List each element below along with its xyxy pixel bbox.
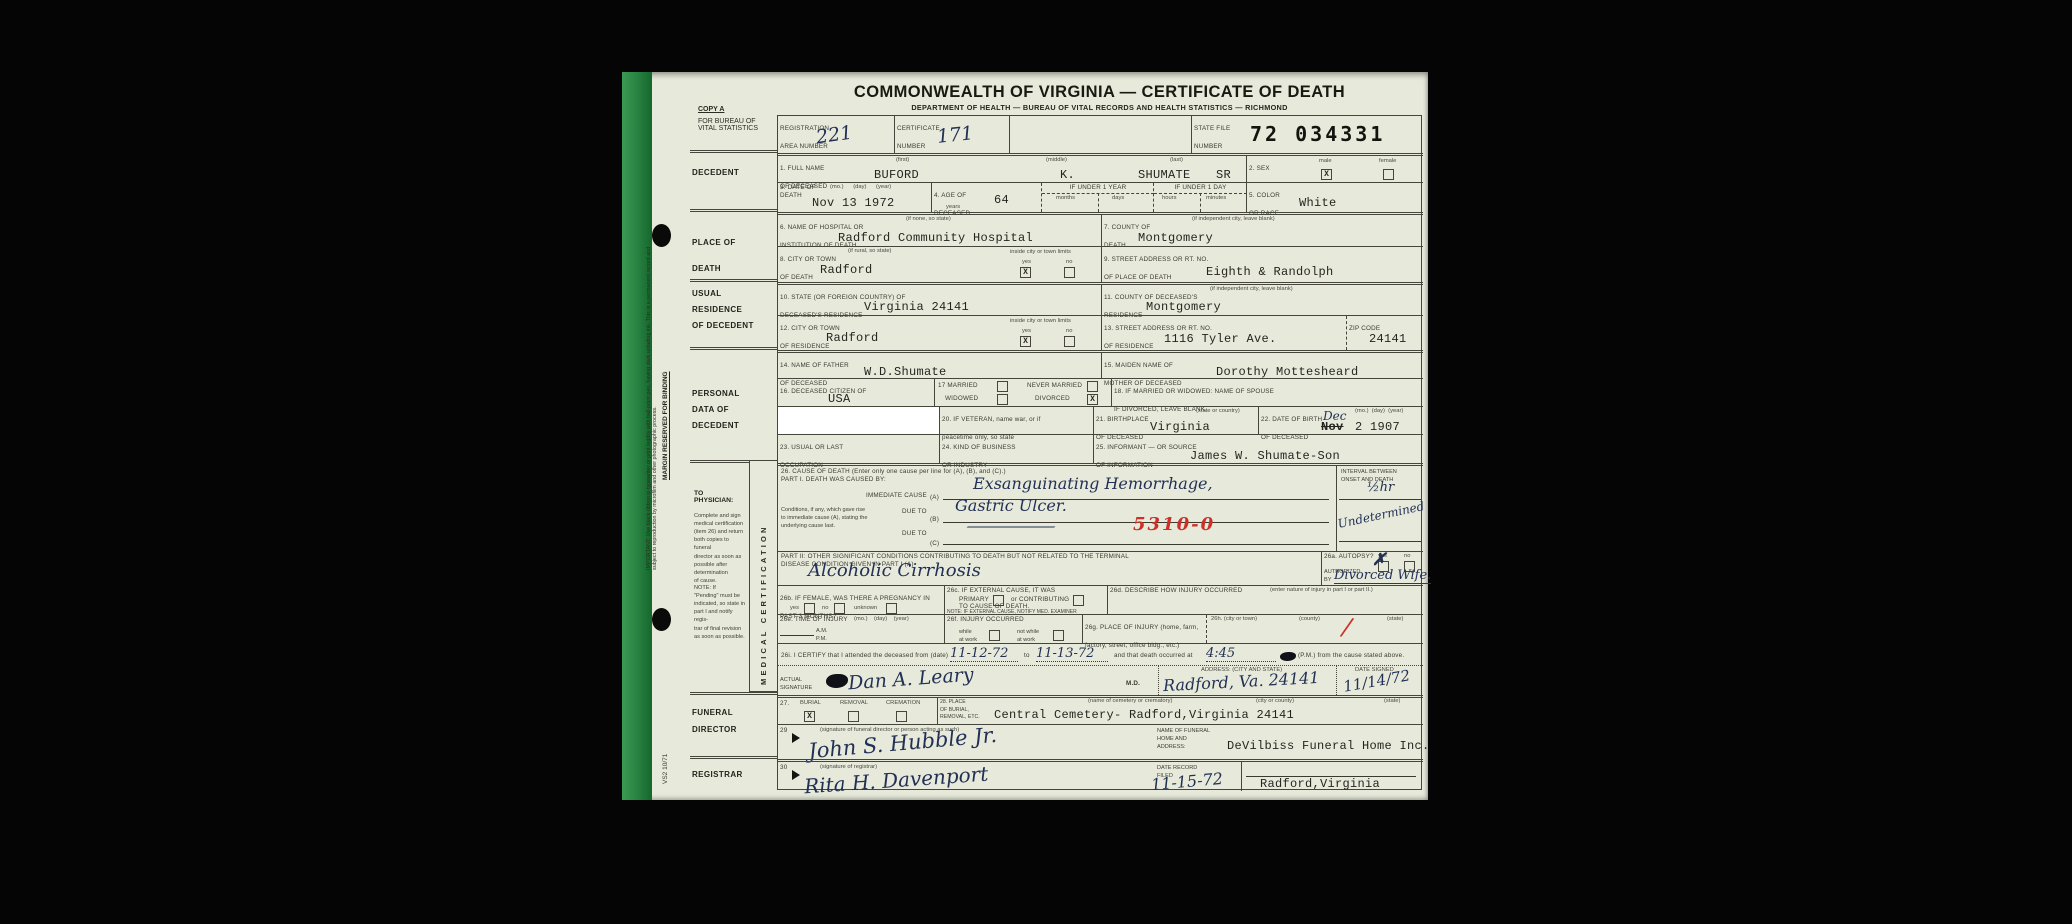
how-injury-occurred-field: 26d. DESCRIBE HOW INJURY OCCURRED (enter… xyxy=(1107,586,1423,614)
autopsy-label: 26a. AUTOPSY? xyxy=(1324,553,1374,561)
birthplace-caption: (state or country) xyxy=(1196,408,1240,414)
removal-caption: REMOVAL xyxy=(840,700,868,706)
date-of-death-label: 3. DATE OF DEATH xyxy=(780,184,816,200)
registration-spacer xyxy=(1009,116,1191,153)
never-married-checkbox xyxy=(1087,381,1098,392)
city-county-caption: (city or county) xyxy=(1256,698,1294,704)
not-while-at-work-caption: not while at work xyxy=(1017,628,1039,644)
form-number: VS2 10/71 xyxy=(662,700,669,784)
if-under-1-year-field: IF UNDER 1 YEAR months days xyxy=(1041,183,1153,212)
cremation-checkbox xyxy=(896,711,907,722)
time-rule xyxy=(780,625,814,636)
county-of-death-value: Montgomery xyxy=(1138,231,1213,245)
line-c-label: (C) xyxy=(930,540,939,548)
funeral-director-signature-field: 29 (signature of funeral director or per… xyxy=(778,725,1099,759)
burial-checkbox: X xyxy=(804,711,815,722)
time-of-injury-label: 26e. TIME OF INJURY xyxy=(780,616,848,624)
male-checkbox: X xyxy=(1321,169,1332,180)
pending-note: NOTE: If "Pending" must be indicated, so… xyxy=(694,584,748,641)
line-c-dash: — xyxy=(963,516,1059,535)
actual-signature-label: ACTUAL SIGNATURE xyxy=(780,676,812,692)
widowed-checkbox xyxy=(997,394,1008,405)
no-caption: no xyxy=(1066,328,1072,334)
widowed-caption: WIDOWED xyxy=(945,395,978,403)
cause-of-death-part1: 26. CAUSE OF DEATH (Enter only one cause… xyxy=(778,466,1336,551)
age-value: 64 xyxy=(994,193,1009,207)
copy-for-label: FOR BUREAU OF VITAL STATISTICS xyxy=(698,118,758,132)
certify-prefix: 26i. I CERTIFY that I attended the decea… xyxy=(781,652,948,660)
date-filed-field: DATE RECORD FILED 11-15-72 xyxy=(1099,762,1241,791)
physician-address-value: Radford, Va. 24141 xyxy=(1163,668,1320,695)
female-checkbox xyxy=(1383,169,1394,180)
dob-captions: (mo.) (day) (year) xyxy=(1355,408,1403,414)
place-of-burial-value: Central Cemetery- Radford,Virginia 24141 xyxy=(994,708,1294,722)
dob-day-year-value: 2 1907 xyxy=(1355,420,1400,434)
physician-note: Complete and sign medical certification … xyxy=(694,512,746,585)
marital-status-field: 17 MARRIED NEVER MARRIED WIDOWED DIVORCE… xyxy=(934,379,1111,406)
while-at-work-checkbox xyxy=(989,630,1000,641)
zip-label: ZIP CODE xyxy=(1349,325,1380,332)
spouse-name-field: 18. IF MARRIED OR WIDOWED: NAME OF SPOUS… xyxy=(1111,379,1423,406)
birthplace-value: Virginia xyxy=(1150,420,1210,434)
funeral-home-value: DeVilbiss Funeral Home Inc. xyxy=(1227,739,1430,753)
married-caption: 17 MARRIED xyxy=(938,382,978,390)
physician-address-field: ADDRESS: (CITY AND STATE) Radford, Va. 2… xyxy=(1158,666,1336,695)
mother-name-field: 15. MAIDEN NAME OF MOTHER OF DECEASED Do… xyxy=(1101,353,1423,378)
married-checkbox xyxy=(997,381,1008,392)
months-caption: months xyxy=(1056,195,1075,201)
section-label-funeral-director: FUNERAL DIRECTOR xyxy=(692,704,737,738)
line-a-label: (A) xyxy=(930,494,939,502)
separator xyxy=(690,279,777,282)
last-caption: (last) xyxy=(1170,157,1183,163)
days-caption: days xyxy=(1112,195,1124,201)
county-of-death-caption: (if independent city, leave blank) xyxy=(1192,216,1275,222)
date-of-birth-field: 22. DATE OF BIRTH OF DECEASED (mo.) (day… xyxy=(1258,407,1423,434)
pregnancy-unknown-caption: unknown xyxy=(854,605,877,611)
margin-binding-label: MARGIN RESERVED FOR BINDING xyxy=(662,330,669,480)
time-of-death-value: 4:45 xyxy=(1206,646,1276,662)
birthplace-field: 21. BIRTHPLACE OF DECEASED (state or cou… xyxy=(1093,407,1258,434)
time-of-injury-field: 26e. TIME OF INJURY (mo.) (day) (year) A… xyxy=(778,615,944,643)
section-label-place-of-death: PLACE OF DEATH xyxy=(692,230,736,282)
physician-signature-value: Dan A. Leary xyxy=(847,664,974,695)
divorced-checkbox: X xyxy=(1087,394,1098,405)
md-caption: M.D. xyxy=(1126,680,1140,688)
county-of-residence-value: Montgomery xyxy=(1146,300,1221,314)
redacted-field-19 xyxy=(778,407,939,434)
red-code-value: 5310-0 xyxy=(1133,514,1215,535)
certify-statement: 26i. I CERTIFY that I attended the decea… xyxy=(778,644,1423,665)
pregnancy-yes-caption: yes xyxy=(790,605,799,611)
zip-value: 24141 xyxy=(1369,332,1407,346)
medical-certification-strip: MEDICAL CERTIFICATION xyxy=(749,460,777,692)
cremation-caption: CREMATION xyxy=(886,700,920,706)
first-name-value: BUFORD xyxy=(874,168,919,182)
separator xyxy=(690,692,777,695)
business-field: 24. KIND OF BUSINESS OR INDUSTRY xyxy=(939,435,1093,463)
not-while-at-work-checkbox xyxy=(1053,630,1064,641)
injury-state-caption: (state) xyxy=(1387,616,1403,622)
attended-to-date: 11-13-72 xyxy=(1036,646,1108,662)
external-cause-label: 26c. IF EXTERNAL CAUSE, IT WAS xyxy=(947,587,1055,595)
line-b-label: (B) xyxy=(930,516,939,524)
limits-no-checkbox xyxy=(1064,267,1075,278)
ink-blob xyxy=(1280,652,1296,661)
part1-label: PART I. DEATH WAS CAUSED BY: xyxy=(781,476,886,484)
immediate-cause-label: IMMEDIATE CAUSE xyxy=(866,492,927,500)
street-of-residence-value: 1116 Tyler Ave. xyxy=(1164,332,1277,346)
interval-a-value: ½hr xyxy=(1367,480,1394,495)
injury-occurred-field: 26f. INJURY OCCURRED while at work not w… xyxy=(944,615,1082,643)
injury-location-field: 26h. (city or town) (county) (state) / xyxy=(1206,615,1423,643)
place-of-injury-field: 26g. PLACE OF INJURY (home, farm, factor… xyxy=(1082,615,1206,643)
immediate-cause-value: Exsanguinating Hemorrhage, xyxy=(973,474,1213,493)
place-of-burial-label: 28. PLACE OF BURIAL, REMOVAL, ETC. xyxy=(940,699,980,722)
state-of-residence-field: 10. STATE (OR FOREIGN COUNTRY) OF DECEAS… xyxy=(778,285,1101,315)
color-or-race-field: 5. COLOR OR RACE White xyxy=(1246,183,1423,212)
age-field: 4. AGE OF DECEASED 64 years xyxy=(931,183,1041,212)
funeral-home-field: NAME OF FUNERAL HOME AND ADDRESS: DeVilb… xyxy=(1099,725,1423,759)
interval-c-rule xyxy=(1339,522,1421,542)
due-to-b-value: Gastric Ulcer. xyxy=(955,496,1067,515)
red-slash-mark: / xyxy=(1341,613,1353,642)
funeral-director-number: 29 xyxy=(780,727,787,735)
margin-important-note: IMPORTANT: Use black ribbon in typewrite… xyxy=(647,240,659,570)
registrar-number: 30 xyxy=(780,764,787,772)
separator xyxy=(690,756,777,759)
burial-caption: BURIAL xyxy=(800,700,821,706)
part2-field: PART II: OTHER SIGNIFICANT CONDITIONS CO… xyxy=(778,552,1321,585)
section-label-personal-data: PERSONAL DATA OF DECEDENT xyxy=(692,386,740,434)
dob-month-struck: Nov xyxy=(1321,420,1344,434)
divider xyxy=(1098,193,1099,212)
city-of-death-field: 8. CITY OR TOWN OF DEATH (if rural, so s… xyxy=(778,247,1101,282)
state-file-value: 72 034331 xyxy=(1250,122,1385,146)
city-of-death-caption: (if rural, so state) xyxy=(848,248,892,254)
informant-value: James W. Shumate-Son xyxy=(1190,449,1340,463)
state-caption: (state) xyxy=(1384,698,1400,704)
city-of-death-value: Radford xyxy=(820,263,873,277)
punch-hole-bottom xyxy=(652,608,671,631)
separator xyxy=(690,347,777,350)
while-at-work-caption: while at work xyxy=(959,628,977,644)
registrar-place-value: Radford,Virginia xyxy=(1260,777,1380,791)
no-caption: no xyxy=(1066,259,1072,265)
middle-name-value: K. xyxy=(1060,168,1075,182)
state-file-label: STATE FILE NUMBER xyxy=(1194,125,1230,150)
certify-mid: and that death occurred at xyxy=(1114,652,1193,660)
how-injury-caption: (enter nature of injury in part I or par… xyxy=(1270,587,1373,593)
female-caption: female xyxy=(1379,158,1396,164)
state-file-field: STATE FILE NUMBER 72 034331 xyxy=(1191,116,1423,153)
date-signed-value: 11/14/72 xyxy=(1342,666,1411,695)
hospital-field: 6. NAME OF HOSPITAL OR INSTITUTION OF DE… xyxy=(778,215,1101,246)
informant-field: 25. INFORMANT — OR SOURCE OF INFORMATION… xyxy=(1093,435,1423,463)
residence-limits-no-checkbox xyxy=(1064,336,1075,347)
limits-caption: inside city or town limits xyxy=(1010,318,1090,324)
registrar-place-rule xyxy=(1246,764,1416,777)
street-of-residence-field: 13. STREET ADDRESS OR RT. NO. OF RESIDEN… xyxy=(1101,316,1346,350)
interval-a-rule: ½hr xyxy=(1339,480,1421,500)
mother-name-value: Dorothy Mottesheard xyxy=(1216,365,1359,379)
cemetery-caption: (name of cemetery or crematory) xyxy=(1088,698,1172,704)
separator xyxy=(690,150,777,153)
middle-caption: (middle) xyxy=(1046,157,1067,163)
to-word: to xyxy=(1024,652,1030,660)
physician-signature-field: ACTUAL SIGNATURE Dan A. Leary M.D. xyxy=(778,666,1158,695)
hospital-caption: (if none, so state) xyxy=(906,216,951,222)
to-physician-label: TO PHYSICIAN: xyxy=(694,490,733,504)
due-to-label: DUE TO xyxy=(902,508,927,516)
signature-arrow-icon xyxy=(792,770,800,780)
pregnancy-no-checkbox xyxy=(834,603,845,614)
county-of-residence-caption: (if independent city, leave blank) xyxy=(1210,286,1293,292)
father-name-field: 14. NAME OF FATHER OF DECEASED W.D.Shuma… xyxy=(778,353,1101,378)
signature-arrow-icon xyxy=(792,733,800,743)
hospital-value: Radford Community Hospital xyxy=(838,231,1033,245)
certificate-number-value: 171 xyxy=(936,122,974,148)
full-name-field: 1. FULL NAME OF DECEASED (first) (middle… xyxy=(778,156,1246,182)
street-of-death-label: 9. STREET ADDRESS OR RT. NO. OF PLACE OF… xyxy=(1104,256,1208,281)
date-signed-field: DATE SIGNED 11/14/72 xyxy=(1336,666,1423,695)
am-pm-caption: A.M. P.M. xyxy=(816,627,828,643)
disposition-field: 27. BURIAL X REMOVAL CREMATION xyxy=(778,698,937,724)
occupation-field: 23. USUAL OR LAST OCCUPATION xyxy=(778,435,939,463)
due-to-2-label: DUE TO xyxy=(902,530,927,538)
certify-suffix: (P.M.) from the cause stated above. xyxy=(1298,652,1418,660)
medical-certification-vertical-label: MEDICAL CERTIFICATION xyxy=(759,469,768,685)
yes-caption: yes xyxy=(1022,328,1031,334)
county-of-death-field: 7. COUNTY OF DEATH (if independent city,… xyxy=(1101,215,1423,246)
certificate-number-label: CERTIFICATE NUMBER xyxy=(897,125,940,150)
veteran-field: 20. IF VETERAN, name war, or if peacetim… xyxy=(939,407,1093,434)
form-grid: REGISTRATION AREA NUMBER 221 CERTIFICATE… xyxy=(777,115,1422,790)
interval-column: INTERVAL BETWEEN ONSET AND DEATH ½hr Und… xyxy=(1336,466,1423,551)
injury-city-caption: 26h. (city or town) xyxy=(1211,616,1257,622)
last-name-value: SHUMATE xyxy=(1138,168,1191,182)
male-caption: male xyxy=(1319,158,1332,164)
city-of-residence-value: Radford xyxy=(826,331,879,345)
registration-area-field: REGISTRATION AREA NUMBER 221 xyxy=(778,116,894,153)
pregnancy-yes-checkbox xyxy=(804,603,815,614)
zip-field: ZIP CODE 24141 xyxy=(1346,316,1423,350)
separator xyxy=(690,460,749,463)
attended-from-date: 11-12-72 xyxy=(950,646,1018,662)
divorced-caption: DIVORCED xyxy=(1035,395,1070,403)
removal-checkbox xyxy=(848,711,859,722)
conditions-note: Conditions, if any, which gave rise to i… xyxy=(781,506,899,530)
injury-county-caption: (county) xyxy=(1299,616,1320,622)
date-of-death-field: 3. DATE OF DEATH (mo.) (day) (year) Nov … xyxy=(778,183,931,212)
autopsy-no-caption: no xyxy=(1404,553,1410,559)
certificate-number-field: CERTIFICATE NUMBER 171 xyxy=(894,116,1009,153)
residence-limits-yes-checkbox: X xyxy=(1020,336,1031,347)
limits-yes-checkbox: X xyxy=(1020,267,1031,278)
state-of-residence-value: Virginia 24141 xyxy=(864,300,969,314)
street-of-death-value: Eighth & Randolph xyxy=(1206,265,1334,279)
disposition-number: 27. xyxy=(780,700,789,708)
section-label-usual-residence: USUAL RESIDENCE OF DECEDENT xyxy=(692,286,754,334)
external-cause-field: 26c. IF EXTERNAL CAUSE, IT WAS PRIMARY o… xyxy=(944,586,1107,614)
pregnancy-field: 26b. IF FEMALE, WAS THERE A PREGNANCY IN… xyxy=(778,586,944,614)
if-under-1-day-field: IF UNDER 1 DAY hours minutes xyxy=(1153,183,1246,212)
section-label-decedent: DECEDENT xyxy=(692,168,739,177)
divider xyxy=(1200,193,1201,212)
certificate-title: COMMONWEALTH OF VIRGINIA — CERTIFICATE O… xyxy=(777,83,1422,102)
copy-label: COPY A xyxy=(698,106,724,113)
signature-ink-blob xyxy=(826,674,848,688)
father-name-value: W.D.Shumate xyxy=(864,365,947,379)
scan-background: IMPORTANT: Use black ribbon in typewrite… xyxy=(0,0,2072,924)
certificate-paper: IMPORTANT: Use black ribbon in typewrite… xyxy=(622,72,1428,800)
how-injury-label: 26d. DESCRIBE HOW INJURY OCCURRED xyxy=(1110,587,1242,595)
race-value: White xyxy=(1299,196,1337,210)
first-caption: (first) xyxy=(896,157,909,163)
part2-value: Alcoholic Cirrhosis xyxy=(808,560,981,581)
pregnancy-no-caption: no xyxy=(822,605,828,611)
sex-label: 2. SEX xyxy=(1249,165,1270,172)
injury-occurred-label: 26f. INJURY OCCURRED xyxy=(947,616,1024,624)
citizen-value: USA xyxy=(828,392,851,406)
yes-caption: yes xyxy=(1022,259,1031,265)
years-caption: years xyxy=(946,204,960,210)
limits-caption: inside city or town limits xyxy=(1010,249,1090,255)
street-of-death-field: 9. STREET ADDRESS OR RT. NO. OF PLACE OF… xyxy=(1101,247,1423,282)
sex-field: 2. SEX male X female xyxy=(1246,156,1423,182)
registrar-signature-field: 30 (signature of registrar) Rita H. Dave… xyxy=(778,762,1099,791)
line-c-rule: — 5310-0 xyxy=(943,522,1329,545)
certificate-subtitle: DEPARTMENT OF HEALTH — BUREAU OF VITAL R… xyxy=(777,103,1422,112)
citizen-field: 16. DECEASED CITIZEN OF WHAT COUNTRY USA xyxy=(778,379,934,406)
time-of-injury-captions: (mo.) (day) (year) xyxy=(854,616,909,622)
pregnancy-unknown-checkbox xyxy=(886,603,897,614)
date-captions: (mo.) (day) (year) xyxy=(830,184,891,190)
city-of-residence-field: 12. CITY OR TOWN OF RESIDENCE Radford in… xyxy=(778,316,1101,350)
authorized-by-value: Divorced Wife. xyxy=(1334,568,1431,584)
contributing-checkbox xyxy=(1073,595,1084,606)
never-married-caption: NEVER MARRIED xyxy=(1027,382,1082,390)
county-of-residence-field: 11. COUNTY OF DECEASED'S RESIDENCE (if i… xyxy=(1101,285,1423,315)
autopsy-yes-mark: ✗ xyxy=(1372,550,1386,570)
autopsy-field: 26a. AUTOPSY? yes ✗ no AUTHORIZED BY Div… xyxy=(1321,552,1423,585)
separator xyxy=(690,209,777,212)
minutes-caption: minutes xyxy=(1206,195,1226,201)
hours-caption: hours xyxy=(1162,195,1177,201)
funeral-home-label: NAME OF FUNERAL HOME AND ADDRESS: xyxy=(1157,727,1210,751)
date-of-death-value: Nov 13 1972 xyxy=(812,196,895,210)
registrar-place-field: Radford,Virginia xyxy=(1241,762,1423,791)
registration-area-value: 221 xyxy=(815,122,854,149)
name-suffix-value: SR xyxy=(1216,168,1231,182)
section-label-registrar: REGISTRAR xyxy=(692,770,743,779)
place-of-burial-field: 28. PLACE OF BURIAL, REMOVAL, ETC. (name… xyxy=(937,698,1423,724)
